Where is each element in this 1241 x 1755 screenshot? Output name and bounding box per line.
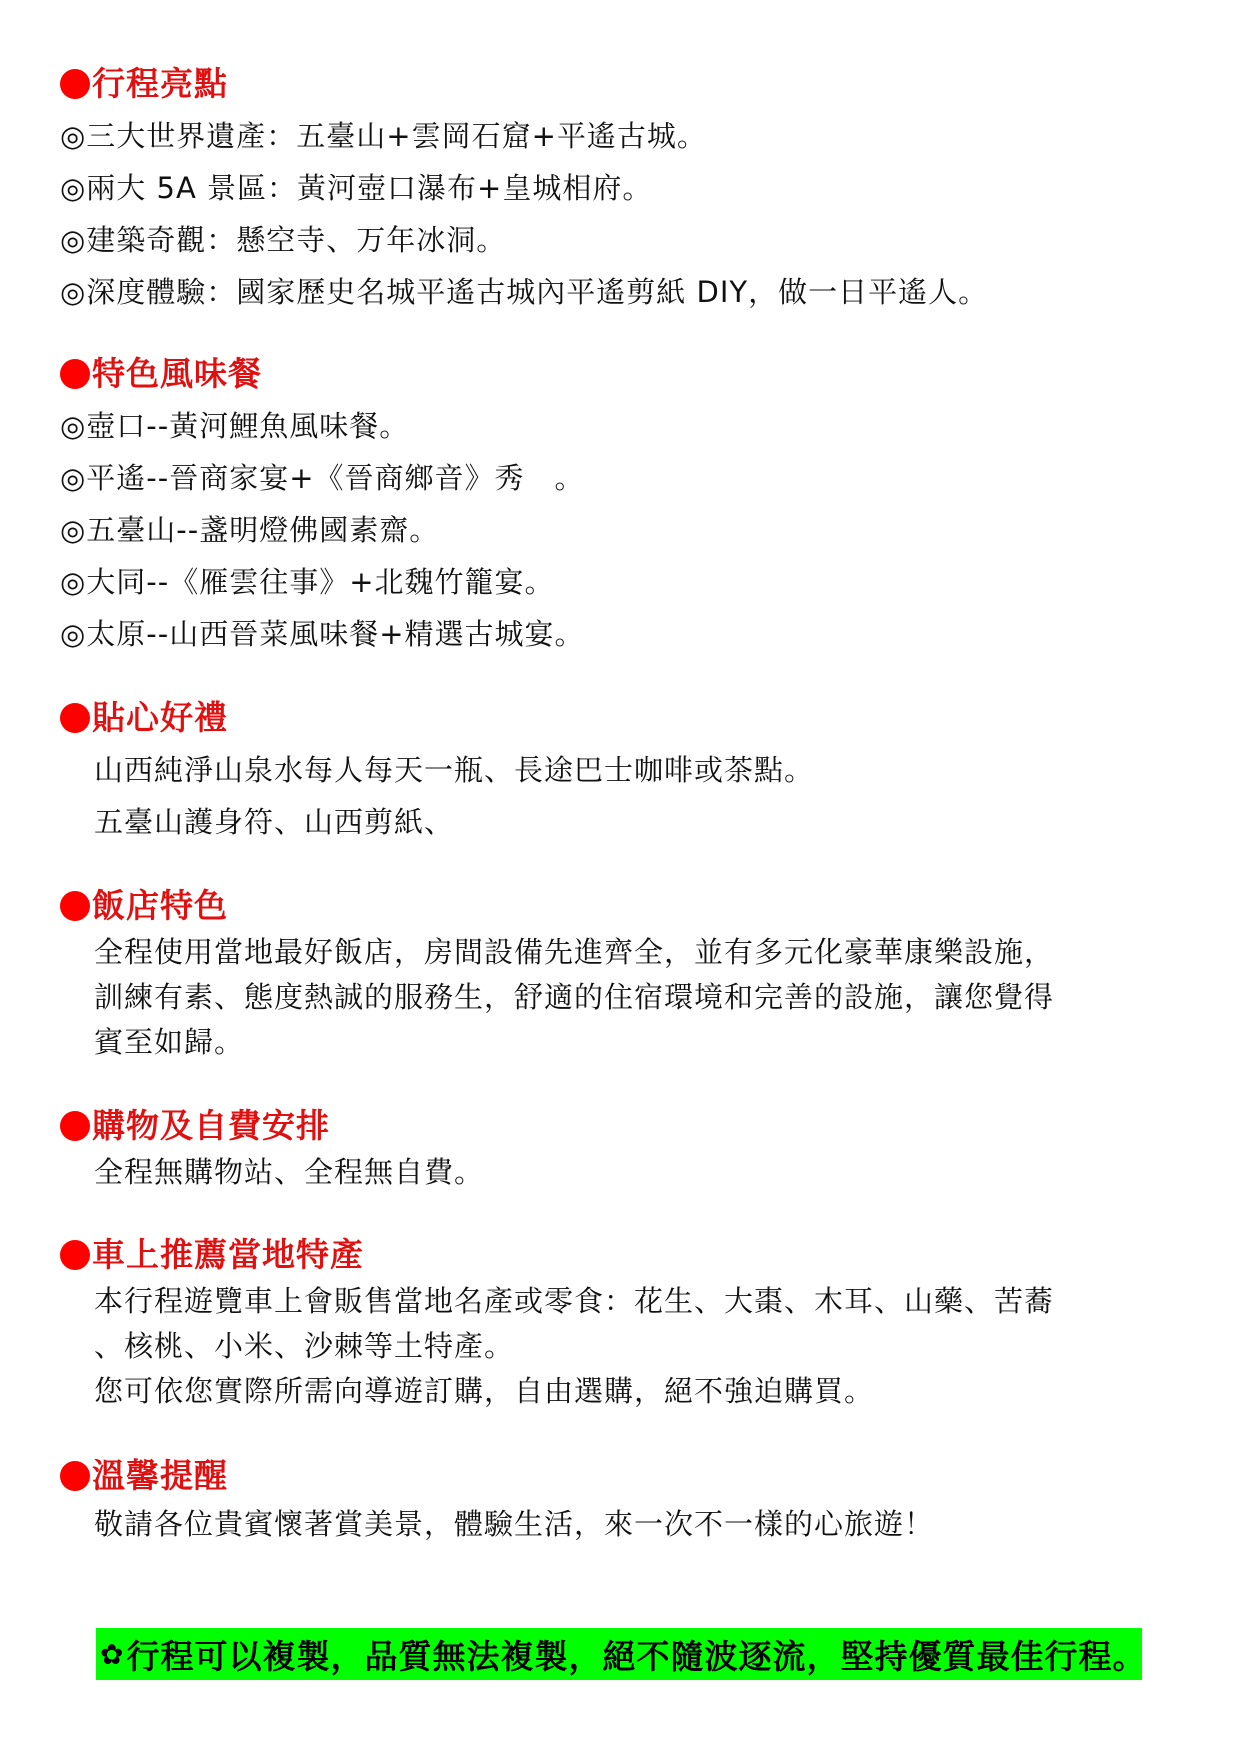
section-highlights: 行程亮點 ◎三大世界遺產：五臺山+雲岡石窟+平遙古城。 ◎兩大 5A 景區：黃河… xyxy=(60,62,1180,318)
section-heading: 車上推薦當地特產 xyxy=(60,1233,1180,1277)
red-bullet-icon xyxy=(60,69,90,99)
flower-icon: ✿ xyxy=(100,1638,124,1671)
paragraph-line: 敬請各位貴賓懷著賞美景，體驗生活，來一次不一樣的心旅遊！ xyxy=(94,1502,1180,1547)
section-heading: 特色風味餐 xyxy=(60,352,1180,396)
section-heading: 行程亮點 xyxy=(60,62,1180,106)
section-hotel-features: 飯店特色 全程使用當地最好飯店，房間設備先進齊全，並有多元化豪華康樂設施， 訓練… xyxy=(60,884,1180,1065)
list-item: ◎三大世界遺產：五臺山+雲岡石窟+平遙古城。 xyxy=(60,110,1180,162)
red-bullet-icon xyxy=(60,703,90,733)
paragraph-line: 全程無購物站、全程無自費。 xyxy=(94,1150,1180,1195)
section-heading: 貼心好禮 xyxy=(60,696,1180,740)
list-item: ◎深度體驗：國家歷史名城平遙古城內平遙剪紙 DIY，做一日平遙人。 xyxy=(60,266,1180,318)
section-gifts: 貼心好禮 山西純淨山泉水每人每天一瓶、長途巴士咖啡或茶點。 五臺山護身符、山西剪… xyxy=(60,696,1180,848)
red-bullet-icon xyxy=(60,1111,90,1141)
list-item: ◎平遙--晉商家宴+《晉商鄉音》秀 。 xyxy=(60,452,1180,504)
red-bullet-icon xyxy=(60,1240,90,1270)
heading-text: 行程亮點 xyxy=(92,62,228,106)
paragraph-line: 您可依您實際所需向導遊訂購，自由選購，絕不強迫購買。 xyxy=(94,1369,1180,1414)
section-heading: 購物及自費安排 xyxy=(60,1104,1180,1148)
section-local-products: 車上推薦當地特產 本行程遊覽車上會販售當地名產或零食：花生、大棗、木耳、山藥、苦… xyxy=(60,1233,1180,1414)
quality-slogan-banner: ✿ 行程可以複製，品質無法複製，絕不隨波逐流，堅持優質最佳行程。 xyxy=(96,1628,1142,1680)
red-bullet-icon xyxy=(60,1461,90,1491)
section-heading: 飯店特色 xyxy=(60,884,1180,928)
paragraph-line: 全程使用當地最好飯店，房間設備先進齊全，並有多元化豪華康樂設施， xyxy=(94,930,1180,975)
red-bullet-icon xyxy=(60,359,90,389)
heading-text: 購物及自費安排 xyxy=(92,1104,330,1148)
heading-text: 貼心好禮 xyxy=(92,696,228,740)
paragraph: 全程使用當地最好飯店，房間設備先進齊全，並有多元化豪華康樂設施， 訓練有素、態度… xyxy=(60,930,1180,1065)
section-reminder: 溫馨提醒 敬請各位貴賓懷著賞美景，體驗生活，來一次不一樣的心旅遊！ xyxy=(60,1454,1180,1547)
list-item: 山西純淨山泉水每人每天一瓶、長途巴士咖啡或茶點。 xyxy=(60,744,1180,796)
heading-text: 特色風味餐 xyxy=(92,352,262,396)
list-item: ◎壺口--黃河鯉魚風味餐。 xyxy=(60,400,1180,452)
list-item: ◎太原--山西晉菜風味餐+精選古城宴。 xyxy=(60,608,1180,660)
list-item: ◎五臺山--盞明燈佛國素齋。 xyxy=(60,504,1180,556)
paragraph-line: 訓練有素、態度熱誠的服務生，舒適的住宿環境和完善的設施，讓您覺得 xyxy=(94,975,1180,1020)
paragraph-line: 賓至如歸。 xyxy=(94,1020,1180,1065)
paragraph-line: 、核桃、小米、沙棘等土特產。 xyxy=(94,1324,1180,1369)
paragraph-line: 本行程遊覽車上會販售當地名產或零食：花生、大棗、木耳、山藥、苦蕎 xyxy=(94,1279,1180,1324)
heading-text: 車上推薦當地特產 xyxy=(92,1233,364,1277)
section-shopping: 購物及自費安排 全程無購物站、全程無自費。 xyxy=(60,1104,1180,1195)
banner-text: 行程可以複製，品質無法複製，絕不隨波逐流，堅持優質最佳行程。 xyxy=(126,1631,1146,1678)
list-item: ◎兩大 5A 景區：黃河壺口瀑布+皇城相府。 xyxy=(60,162,1180,214)
paragraph: 全程無購物站、全程無自費。 xyxy=(60,1150,1180,1195)
list-item: 五臺山護身符、山西剪紙、 xyxy=(60,796,1180,848)
red-bullet-icon xyxy=(60,891,90,921)
section-heading: 溫馨提醒 xyxy=(60,1454,1180,1498)
itinerary-document: 行程亮點 ◎三大世界遺產：五臺山+雲岡石窟+平遙古城。 ◎兩大 5A 景區：黃河… xyxy=(0,0,1241,1755)
heading-text: 飯店特色 xyxy=(92,884,228,928)
section-special-meals: 特色風味餐 ◎壺口--黃河鯉魚風味餐。 ◎平遙--晉商家宴+《晉商鄉音》秀 。 … xyxy=(60,352,1180,660)
paragraph: 本行程遊覽車上會販售當地名產或零食：花生、大棗、木耳、山藥、苦蕎 、核桃、小米、… xyxy=(60,1279,1180,1414)
list-item: ◎大同--《雁雲往事》+北魏竹籠宴。 xyxy=(60,556,1180,608)
heading-text: 溫馨提醒 xyxy=(92,1454,228,1498)
list-item: ◎建築奇觀：懸空寺、万年冰洞。 xyxy=(60,214,1180,266)
paragraph: 敬請各位貴賓懷著賞美景，體驗生活，來一次不一樣的心旅遊！ xyxy=(60,1502,1180,1547)
